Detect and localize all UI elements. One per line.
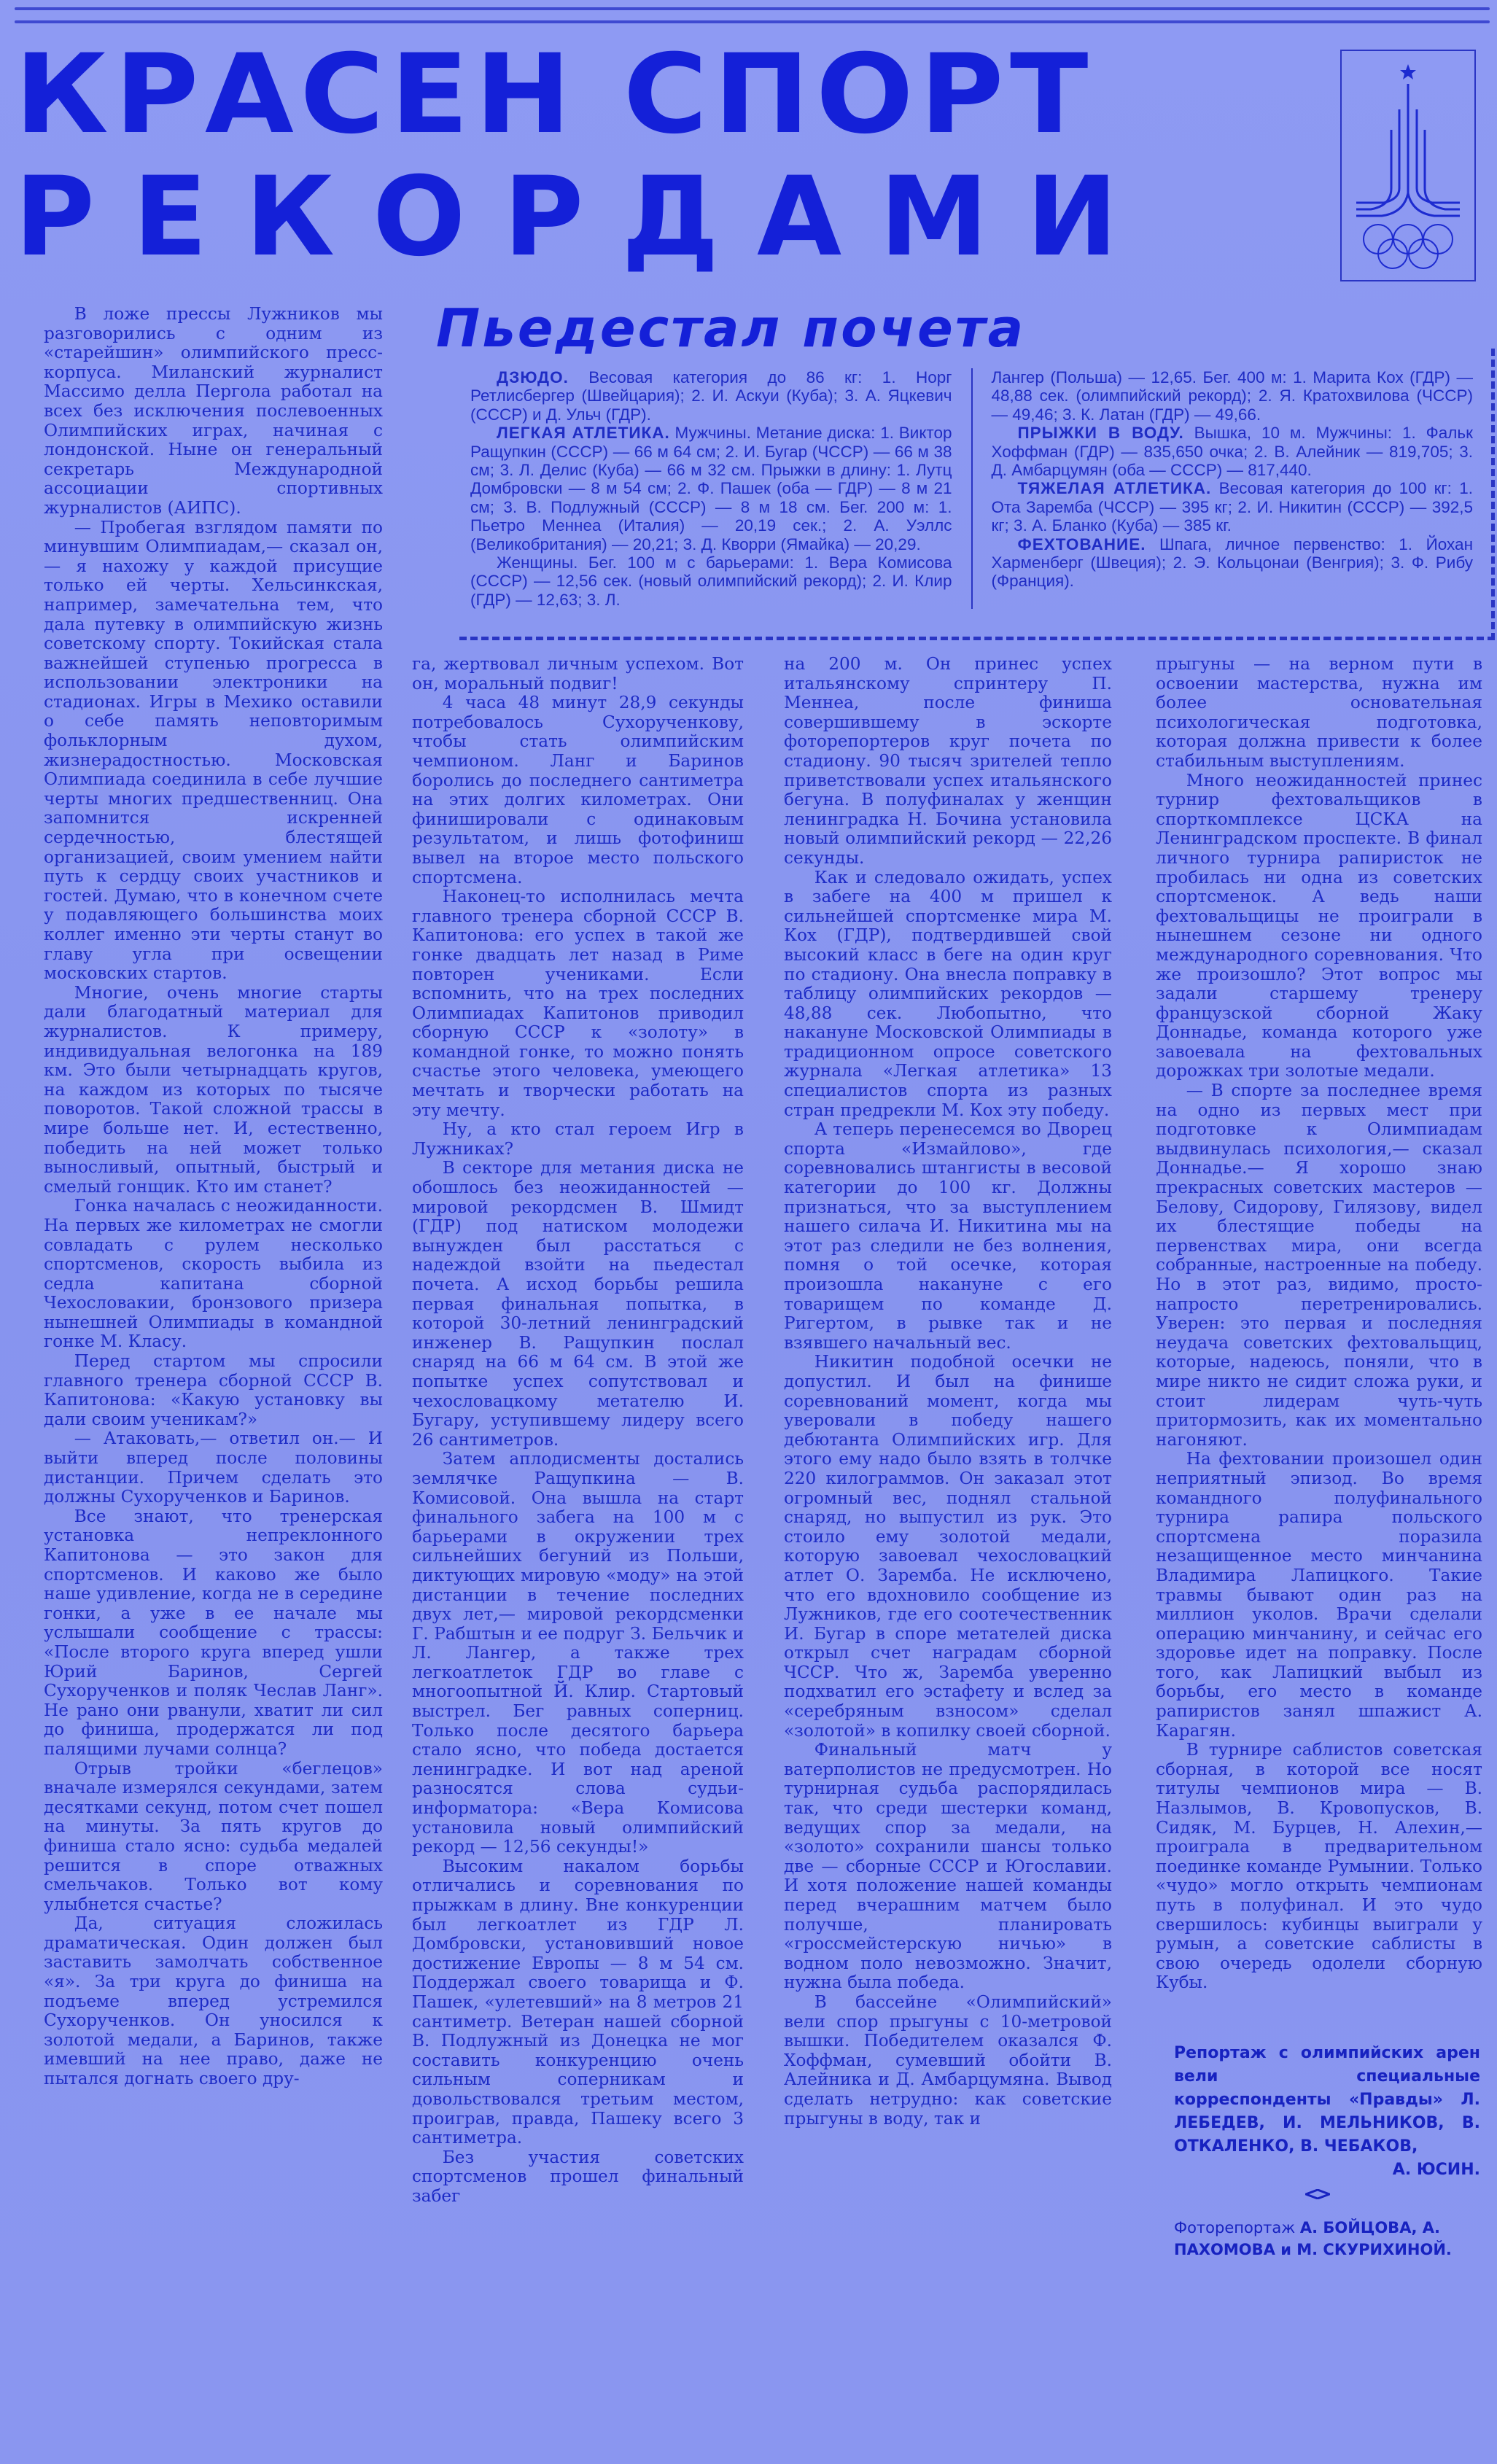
paragraph: В ложе прессы Лужников мы разговорились … xyxy=(44,305,383,518)
headline-line-1: КРАСЕН СПОРТ xyxy=(15,40,1377,149)
reporters-credit: Репортаж с олимпийских арен вели специал… xyxy=(1174,2042,1480,2182)
paragraph: прыгуны — на верном пути в освоении маст… xyxy=(1156,655,1482,772)
newspaper-page: КРАСЕН СПОРТ РЕКОРДАМИ xyxy=(0,0,1497,2464)
paragraph: на 200 м. Он принес успех итальянскому с… xyxy=(784,655,1112,868)
paragraph: Затем аплодисменты достались землячке Ра… xyxy=(412,1450,744,1857)
olympic-rings-icon xyxy=(1364,225,1453,268)
paragraph: Как и следовало ожидать, успех в забеге … xyxy=(784,868,1112,1121)
paragraph: Никитин подобной осечки не допустил. И б… xyxy=(784,1353,1112,1741)
paragraph: Да, ситуация сложилась драматическая. Од… xyxy=(44,1914,383,2088)
paragraph: В турнире саблистов советская сборная, в… xyxy=(1156,1741,1482,1993)
paragraph: В бассейне «Олимпийский» вели спор прыгу… xyxy=(784,1993,1112,2129)
olympics-emblem-icon xyxy=(1342,51,1474,280)
diamond-separator-icon xyxy=(1305,2189,1330,2199)
paragraph: Наконец-то исполнилась мечта главного тр… xyxy=(412,887,744,1120)
sport-name: ПРЫЖКИ В ВОДУ. xyxy=(1018,424,1184,442)
paragraph: Много неожиданностей принес турнир фехто… xyxy=(1156,772,1482,1082)
result-text: Мужчины. Метание диска: 1. Виктор Ращупк… xyxy=(470,424,952,553)
paragraph: Финальный матч у ватерполистов не предус… xyxy=(784,1741,1112,1993)
moscow-1980-olympics-logo xyxy=(1340,50,1476,281)
article-column-4: прыгуны — на верном пути в освоении маст… xyxy=(1156,655,1482,1993)
result-text: Лангер (Польша) — 12,65. Бег. 400 м: 1. … xyxy=(992,368,1474,424)
reporter-last: А. ЮСИН. xyxy=(1174,2158,1480,2182)
result-athletics: ЛЕГКАЯ АТЛЕТИКА. Мужчины. Метание диска:… xyxy=(470,424,952,553)
paragraph: Многие, очень многие старты дали благода… xyxy=(44,984,383,1197)
paragraph: — Пробегая взглядом памяти по минувшим О… xyxy=(44,518,383,984)
result-text: Женщины. Бег. 100 м с барьерами: 1. Вера… xyxy=(470,553,952,609)
paragraph: Без участия советских спортсменов прошел… xyxy=(412,2148,744,2207)
result-fencing: ФЕХТОВАНИЕ. Шпага, личное первенство: 1.… xyxy=(992,535,1474,591)
sport-name: ФЕХТОВАНИЕ. xyxy=(1018,535,1146,553)
paragraph: Перед стартом мы спросили главного трене… xyxy=(44,1352,383,1429)
paragraph: Ну, а кто стал героем Игр в Лужниках? xyxy=(412,1120,744,1159)
paragraph: га, жертвовал личным успехом. Вот он, мо… xyxy=(412,655,744,693)
result-weightlifting: ТЯЖЕЛАЯ АТЛЕТИКА. Весовая категория до 1… xyxy=(992,479,1474,535)
article-column-2: га, жертвовал личным успехом. Вот он, мо… xyxy=(412,655,744,2207)
results-box: ДЗЮДО. Весовая категория до 86 кг: 1. Но… xyxy=(470,368,1473,609)
sport-name: ЛЕГКАЯ АТЛЕТИКА. xyxy=(497,424,670,442)
top-rule-1 xyxy=(15,7,1490,10)
paragraph: — В спорте за последнее время на одно из… xyxy=(1156,1081,1482,1450)
paragraph: Гонка началась с неожиданности. На первы… xyxy=(44,1197,383,1352)
results-column-left: ДЗЮДО. Весовая категория до 86 кг: 1. Но… xyxy=(470,368,952,609)
sport-name: ТЯЖЕЛАЯ АТЛЕТИКА. xyxy=(1018,479,1212,497)
photo-label: Фоторепортаж xyxy=(1174,2219,1295,2236)
paragraph: А теперь перенесемся во Дворец спорта «И… xyxy=(784,1120,1112,1353)
paragraph: — Атаковать,— ответил он.— И выйти впере… xyxy=(44,1429,383,1507)
column-divider xyxy=(971,368,973,609)
paragraph: Отрыв тройки «беглецов» вначале измерялс… xyxy=(44,1760,383,1915)
photo-credit: Фоторепортаж А. БОЙЦОВА, А. ПАХОМОВА и М… xyxy=(1174,2217,1480,2261)
paragraph: На фехтовании произошел один неприятный … xyxy=(1156,1450,1482,1741)
result-athletics-women: Женщины. Бег. 100 м с барьерами: 1. Вера… xyxy=(470,553,952,609)
article-column-3: на 200 м. Он принес успех итальянскому с… xyxy=(784,655,1112,2129)
reportage-text: Репортаж с олимпийских арен вели специал… xyxy=(1174,2044,1480,2156)
result-athletics-cont: Лангер (Польша) — 12,65. Бег. 400 м: 1. … xyxy=(992,368,1474,424)
headline: КРАСЕН СПОРТ РЕКОРДАМИ xyxy=(15,40,1313,272)
paragraph: 4 часа 48 минут 28,9 секунды потребовало… xyxy=(412,693,744,887)
top-rule-2 xyxy=(15,20,1490,23)
star-icon xyxy=(1400,64,1416,79)
article-column-1: В ложе прессы Лужников мы разговорились … xyxy=(44,305,383,2089)
sport-name: ДЗЮДО. xyxy=(497,368,569,386)
paragraph: Все знают, что тренерская установка непр… xyxy=(44,1507,383,1760)
result-judo: ДЗЮДО. Весовая категория до 86 кг: 1. Но… xyxy=(470,368,952,424)
result-diving: ПРЫЖКИ В ВОДУ. Вышка, 10 м. Мужчины: 1. … xyxy=(992,424,1474,479)
results-column-right: Лангер (Польша) — 12,65. Бег. 400 м: 1. … xyxy=(992,368,1474,609)
paragraph: Высоким накалом борьбы отличались и соре… xyxy=(412,1857,744,2148)
headline-line-2: РЕКОРДАМИ xyxy=(15,163,1313,272)
paragraph: В секторе для метания диска не обошлось … xyxy=(412,1159,744,1450)
